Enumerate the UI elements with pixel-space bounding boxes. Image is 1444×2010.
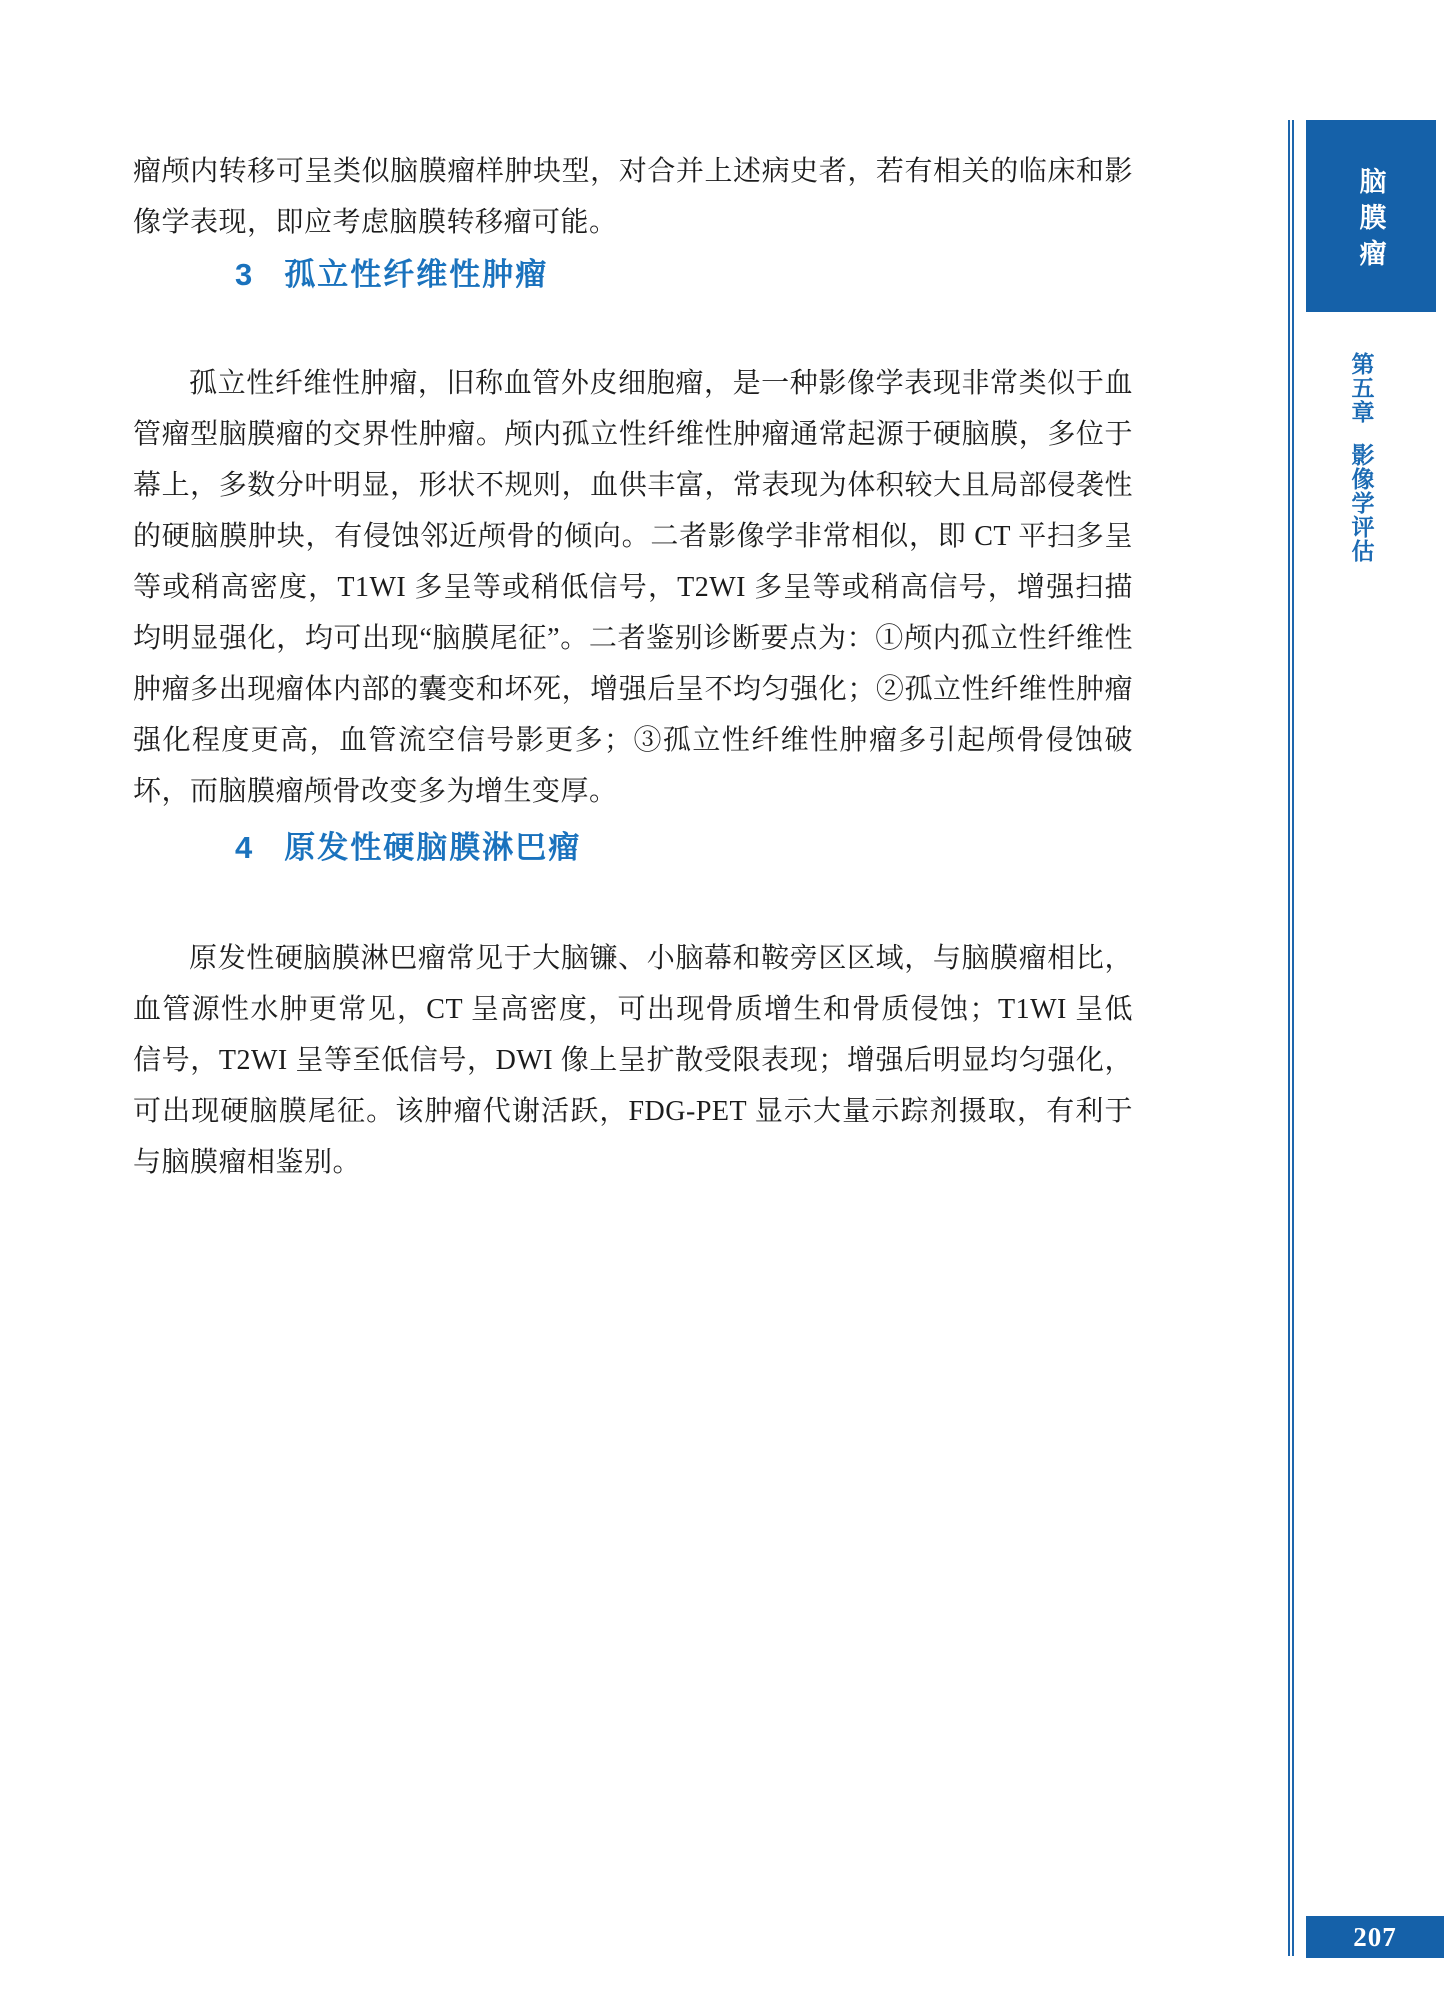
- chapter-marker: 第五章 影像学评估: [1335, 352, 1387, 563]
- page-number-badge: 207: [1306, 1916, 1444, 1958]
- section-number: 4: [235, 828, 254, 868]
- section-number: 3: [235, 255, 254, 295]
- section-4-body: 原发性硬脑膜淋巴瘤常见于大脑镰、小脑幕和鞍旁区区域，与脑膜瘤相比，血管源性水肿更…: [133, 933, 1133, 1188]
- chapter-tab-label: 脑膜瘤: [1352, 158, 1391, 275]
- book-page: 瘤颅内转移可呈类似脑膜瘤样肿块型，对合并上述病史者，若有相关的临床和影像学表现，…: [0, 0, 1444, 2010]
- section-heading-3: 3 孤立性纤维性肿瘤: [235, 255, 548, 295]
- chapter-title: 影像学评估: [1345, 443, 1378, 563]
- section-title: 孤立性纤维性肿瘤: [284, 255, 548, 295]
- section-3-body: 孤立性纤维性肿瘤，旧称血管外皮细胞瘤，是一种影像学表现非常类似于血管瘤型脑膜瘤的…: [133, 358, 1133, 817]
- sidebar-divider: [1288, 120, 1294, 1956]
- chapter-tab: 脑膜瘤: [1306, 120, 1436, 312]
- chapter-number: 第五章: [1345, 352, 1378, 424]
- section-heading-4: 4 原发性硬脑膜淋巴瘤: [235, 828, 581, 868]
- paragraph-intro: 瘤颅内转移可呈类似脑膜瘤样肿块型，对合并上述病史者，若有相关的临床和影像学表现，…: [133, 146, 1133, 248]
- page-number: 207: [1353, 1922, 1397, 1953]
- section-title: 原发性硬脑膜淋巴瘤: [284, 828, 581, 868]
